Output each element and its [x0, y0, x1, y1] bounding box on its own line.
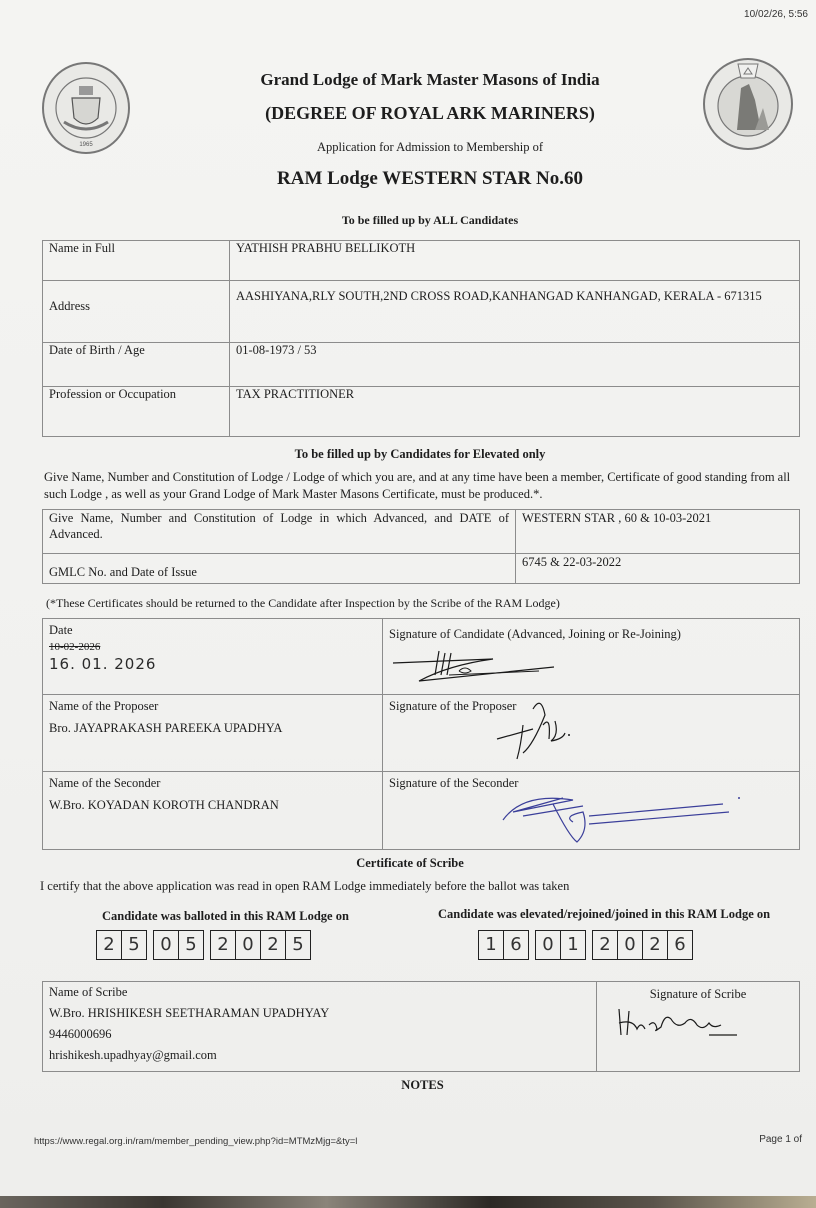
table-row: Give Name, Number and Constitution of Lo…	[43, 510, 800, 554]
struck-date: 10-02-2026	[49, 641, 376, 653]
table-row: Name of the Seconder W.Bro. KOYADAN KORO…	[43, 772, 800, 850]
print-footer-url: https://www.regal.org.in/ram/member_pend…	[34, 1136, 357, 1147]
digit-box: 0	[617, 931, 642, 959]
scribe-table: Name of Scribe W.Bro. HRISHIKESH SEETHAR…	[42, 981, 800, 1072]
field-label: GMLC No. and Date of Issue	[43, 554, 516, 584]
digit-box: 2	[642, 931, 667, 959]
day-boxes: 2 5	[96, 930, 147, 960]
date-label: Date	[49, 619, 376, 641]
digit-box: 1	[560, 931, 585, 959]
day-boxes: 1 6	[478, 930, 529, 960]
photo-background-strip	[0, 1196, 816, 1208]
org-title: Grand Lodge of Mark Master Masons of Ind…	[0, 70, 816, 90]
digit-box: 1	[479, 931, 503, 959]
field-label: Name in Full	[43, 241, 230, 281]
digit-box: 2	[260, 931, 285, 959]
digit-box: 0	[235, 931, 260, 959]
digit-box: 0	[536, 931, 560, 959]
elevated-heading: To be filled up by Candidates for Elevat…	[0, 447, 816, 462]
proposer-signature	[493, 695, 583, 765]
candidate-signature	[389, 645, 793, 683]
elevated-instructions: Give Name, Number and Constitution of Lo…	[44, 469, 804, 503]
scribe-phone: 9446000696	[49, 1024, 590, 1045]
notes-heading: NOTES	[0, 1078, 816, 1093]
handwritten-date: 16. 01. 2026	[49, 655, 156, 673]
dob-age-value: 01-08-1973 / 53	[230, 343, 800, 387]
proposer-label: Name of the Proposer	[49, 695, 376, 717]
digit-box: 6	[667, 931, 692, 959]
degree-title: (DEGREE OF ROYAL ARK MARINERS)	[0, 103, 816, 124]
digit-box: 2	[211, 931, 235, 959]
seconder-name: W.Bro. KOYADAN KOROTH CHANDRAN	[49, 794, 376, 816]
table-row: Date 10-02-2026 16. 01. 2026 Signature o…	[43, 619, 800, 695]
digit-box: 5	[285, 931, 310, 959]
profession-value: TAX PRACTITIONER	[230, 387, 800, 437]
field-label: Date of Birth / Age	[43, 343, 230, 387]
seconder-signature	[493, 786, 753, 846]
table-row: Name of the Proposer Bro. JAYAPRAKASH PA…	[43, 695, 800, 772]
scribe-certificate-heading: Certificate of Scribe	[0, 856, 816, 871]
field-label: Address	[43, 281, 230, 343]
digit-box: 5	[178, 931, 203, 959]
certificates-footnote: (*These Certificates should be returned …	[46, 596, 560, 611]
year-boxes: 2 0 2 6	[592, 930, 693, 960]
address-value: AASHIYANA,RLY SOUTH,2ND CROSS ROAD,KANHA…	[230, 281, 800, 343]
year-boxes: 2 0 2 5	[210, 930, 311, 960]
proposer-signature-label: Signature of the Proposer	[389, 695, 793, 717]
table-row: Profession or Occupation TAX PRACTITIONE…	[43, 387, 800, 437]
all-candidates-heading: To be filled up by ALL Candidates	[0, 213, 816, 228]
scribe-signature-label: Signature of Scribe	[603, 984, 793, 1005]
balloted-label: Candidate was balloted in this RAM Lodge…	[102, 909, 349, 924]
print-timestamp: 10/02/26, 5:56	[744, 9, 808, 20]
digit-box: 6	[503, 931, 528, 959]
table-row: Address AASHIYANA,RLY SOUTH,2ND CROSS RO…	[43, 281, 800, 343]
page-number: Page 1 of	[759, 1134, 802, 1145]
table-row: GMLC No. and Date of Issue 6745 & 22-03-…	[43, 554, 800, 584]
lodge-title: RAM Lodge WESTERN STAR No.60	[0, 168, 816, 190]
elevated-details-table: Give Name, Number and Constitution of Lo…	[42, 509, 800, 584]
field-label: Profession or Occupation	[43, 387, 230, 437]
scribe-signature	[613, 1005, 793, 1039]
digit-box: 2	[97, 931, 121, 959]
seconder-label: Name of the Seconder	[49, 772, 376, 794]
scribe-statement: I certify that the above application was…	[40, 879, 569, 894]
month-boxes: 0 1	[535, 930, 586, 960]
proposer-name: Bro. JAYAPRAKASH PAREEKA UPADHYA	[49, 717, 376, 739]
table-row: Date of Birth / Age 01-08-1973 / 53	[43, 343, 800, 387]
balloted-date-boxes: 2 5 0 5 2 0 2 5	[96, 930, 311, 960]
elevated-date-boxes: 1 6 0 1 2 0 2 6	[478, 930, 693, 960]
table-row: Name of Scribe W.Bro. HRISHIKESH SEETHAR…	[43, 982, 800, 1072]
candidate-details-table: Name in Full YATHISH PRABHU BELLIKOTH Ad…	[42, 240, 800, 437]
scribe-email: hrishikesh.upadhyay@gmail.com	[49, 1045, 590, 1066]
gmlc-value: 6745 & 22-03-2022	[516, 554, 800, 584]
digit-box: 0	[154, 931, 178, 959]
scribe-name-label: Name of Scribe	[49, 982, 590, 1003]
field-label: Give Name, Number and Constitution of Lo…	[43, 510, 516, 554]
table-row: Name in Full YATHISH PRABHU BELLIKOTH	[43, 241, 800, 281]
digit-box: 2	[593, 931, 617, 959]
full-name-value: YATHISH PRABHU BELLIKOTH	[230, 241, 800, 281]
scribe-name: W.Bro. HRISHIKESH SEETHARAMAN UPADHYAY	[49, 1003, 590, 1024]
digit-box: 5	[121, 931, 146, 959]
advanced-lodge-value: WESTERN STAR , 60 & 10-03-2021	[516, 510, 800, 554]
month-boxes: 0 5	[153, 930, 204, 960]
application-subtitle: Application for Admission to Membership …	[0, 140, 816, 155]
candidate-signature-label: Signature of Candidate (Advanced, Joinin…	[389, 623, 793, 645]
elevated-on-label: Candidate was elevated/rejoined/joined i…	[438, 907, 770, 922]
signatures-table: Date 10-02-2026 16. 01. 2026 Signature o…	[42, 618, 800, 850]
